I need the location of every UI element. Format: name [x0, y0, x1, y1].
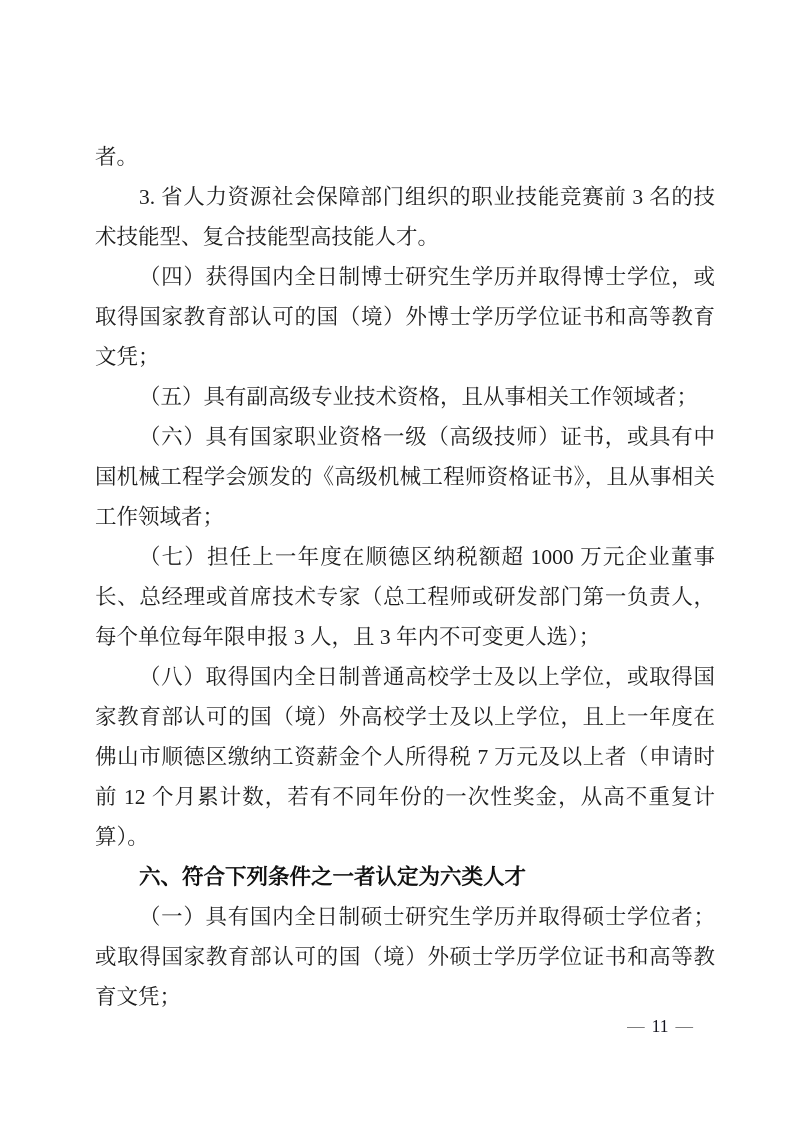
text-line: （六）具有国家职业资格一级（高级技师）证书，或具有中: [95, 417, 715, 457]
footer-dash-right: —: [676, 1016, 694, 1036]
page-number: 11: [645, 1016, 676, 1036]
document-page: 者。3. 省人力资源社会保障部门组织的职业技能竞赛前 3 名的技术技能型、复合技…: [0, 0, 800, 1138]
text-line: 长、总经理或首席技术专家（总工程师或研发部门第一负责人，: [95, 577, 715, 617]
text-line: 术技能型、复合技能型高技能人才。: [95, 217, 715, 257]
text-line: （七）担任上一年度在顺德区纳税额超 1000 万元企业董事: [95, 537, 715, 577]
text-line: 育文凭；: [95, 977, 715, 1017]
text-line: 前 12 个月累计数，若有不同年份的一次性奖金，从高不重复计: [95, 777, 715, 817]
section-heading: 六、符合下列条件之一者认定为六类人才: [95, 857, 715, 897]
text-line: 家教育部认可的国（境）外高校学士及以上学位，且上一年度在: [95, 697, 715, 737]
document-body: 者。3. 省人力资源社会保障部门组织的职业技能竞赛前 3 名的技术技能型、复合技…: [95, 137, 715, 1017]
text-line: 每个单位每年限申报 3 人，且 3 年内不可变更人选）；: [95, 617, 715, 657]
text-line: 工作领域者；: [95, 497, 715, 537]
text-line: 佛山市顺德区缴纳工资薪金个人所得税 7 万元及以上者（申请时: [95, 737, 715, 777]
text-line: 3. 省人力资源社会保障部门组织的职业技能竞赛前 3 名的技: [95, 177, 715, 217]
text-line: 国机械工程学会颁发的《高级机械工程师资格证书》，且从事相关: [95, 457, 715, 497]
text-line: （四）获得国内全日制博士研究生学历并取得博士学位，或: [95, 257, 715, 297]
text-line: 文凭；: [95, 337, 715, 377]
footer-dash-left: —: [627, 1016, 645, 1036]
page-footer: —11—: [627, 1012, 693, 1040]
text-line: 取得国家教育部认可的国（境）外博士学历学位证书和高等教育: [95, 297, 715, 337]
text-line: （五）具有副高级专业技术资格，且从事相关工作领域者；: [95, 377, 715, 417]
text-line: （一）具有国内全日制硕士研究生学历并取得硕士学位者；: [95, 897, 715, 937]
text-line: 或取得国家教育部认可的国（境）外硕士学历学位证书和高等教: [95, 937, 715, 977]
text-line: 者。: [95, 137, 715, 177]
text-line: 算）。: [95, 817, 715, 857]
text-line: （八）取得国内全日制普通高校学士及以上学位，或取得国: [95, 657, 715, 697]
